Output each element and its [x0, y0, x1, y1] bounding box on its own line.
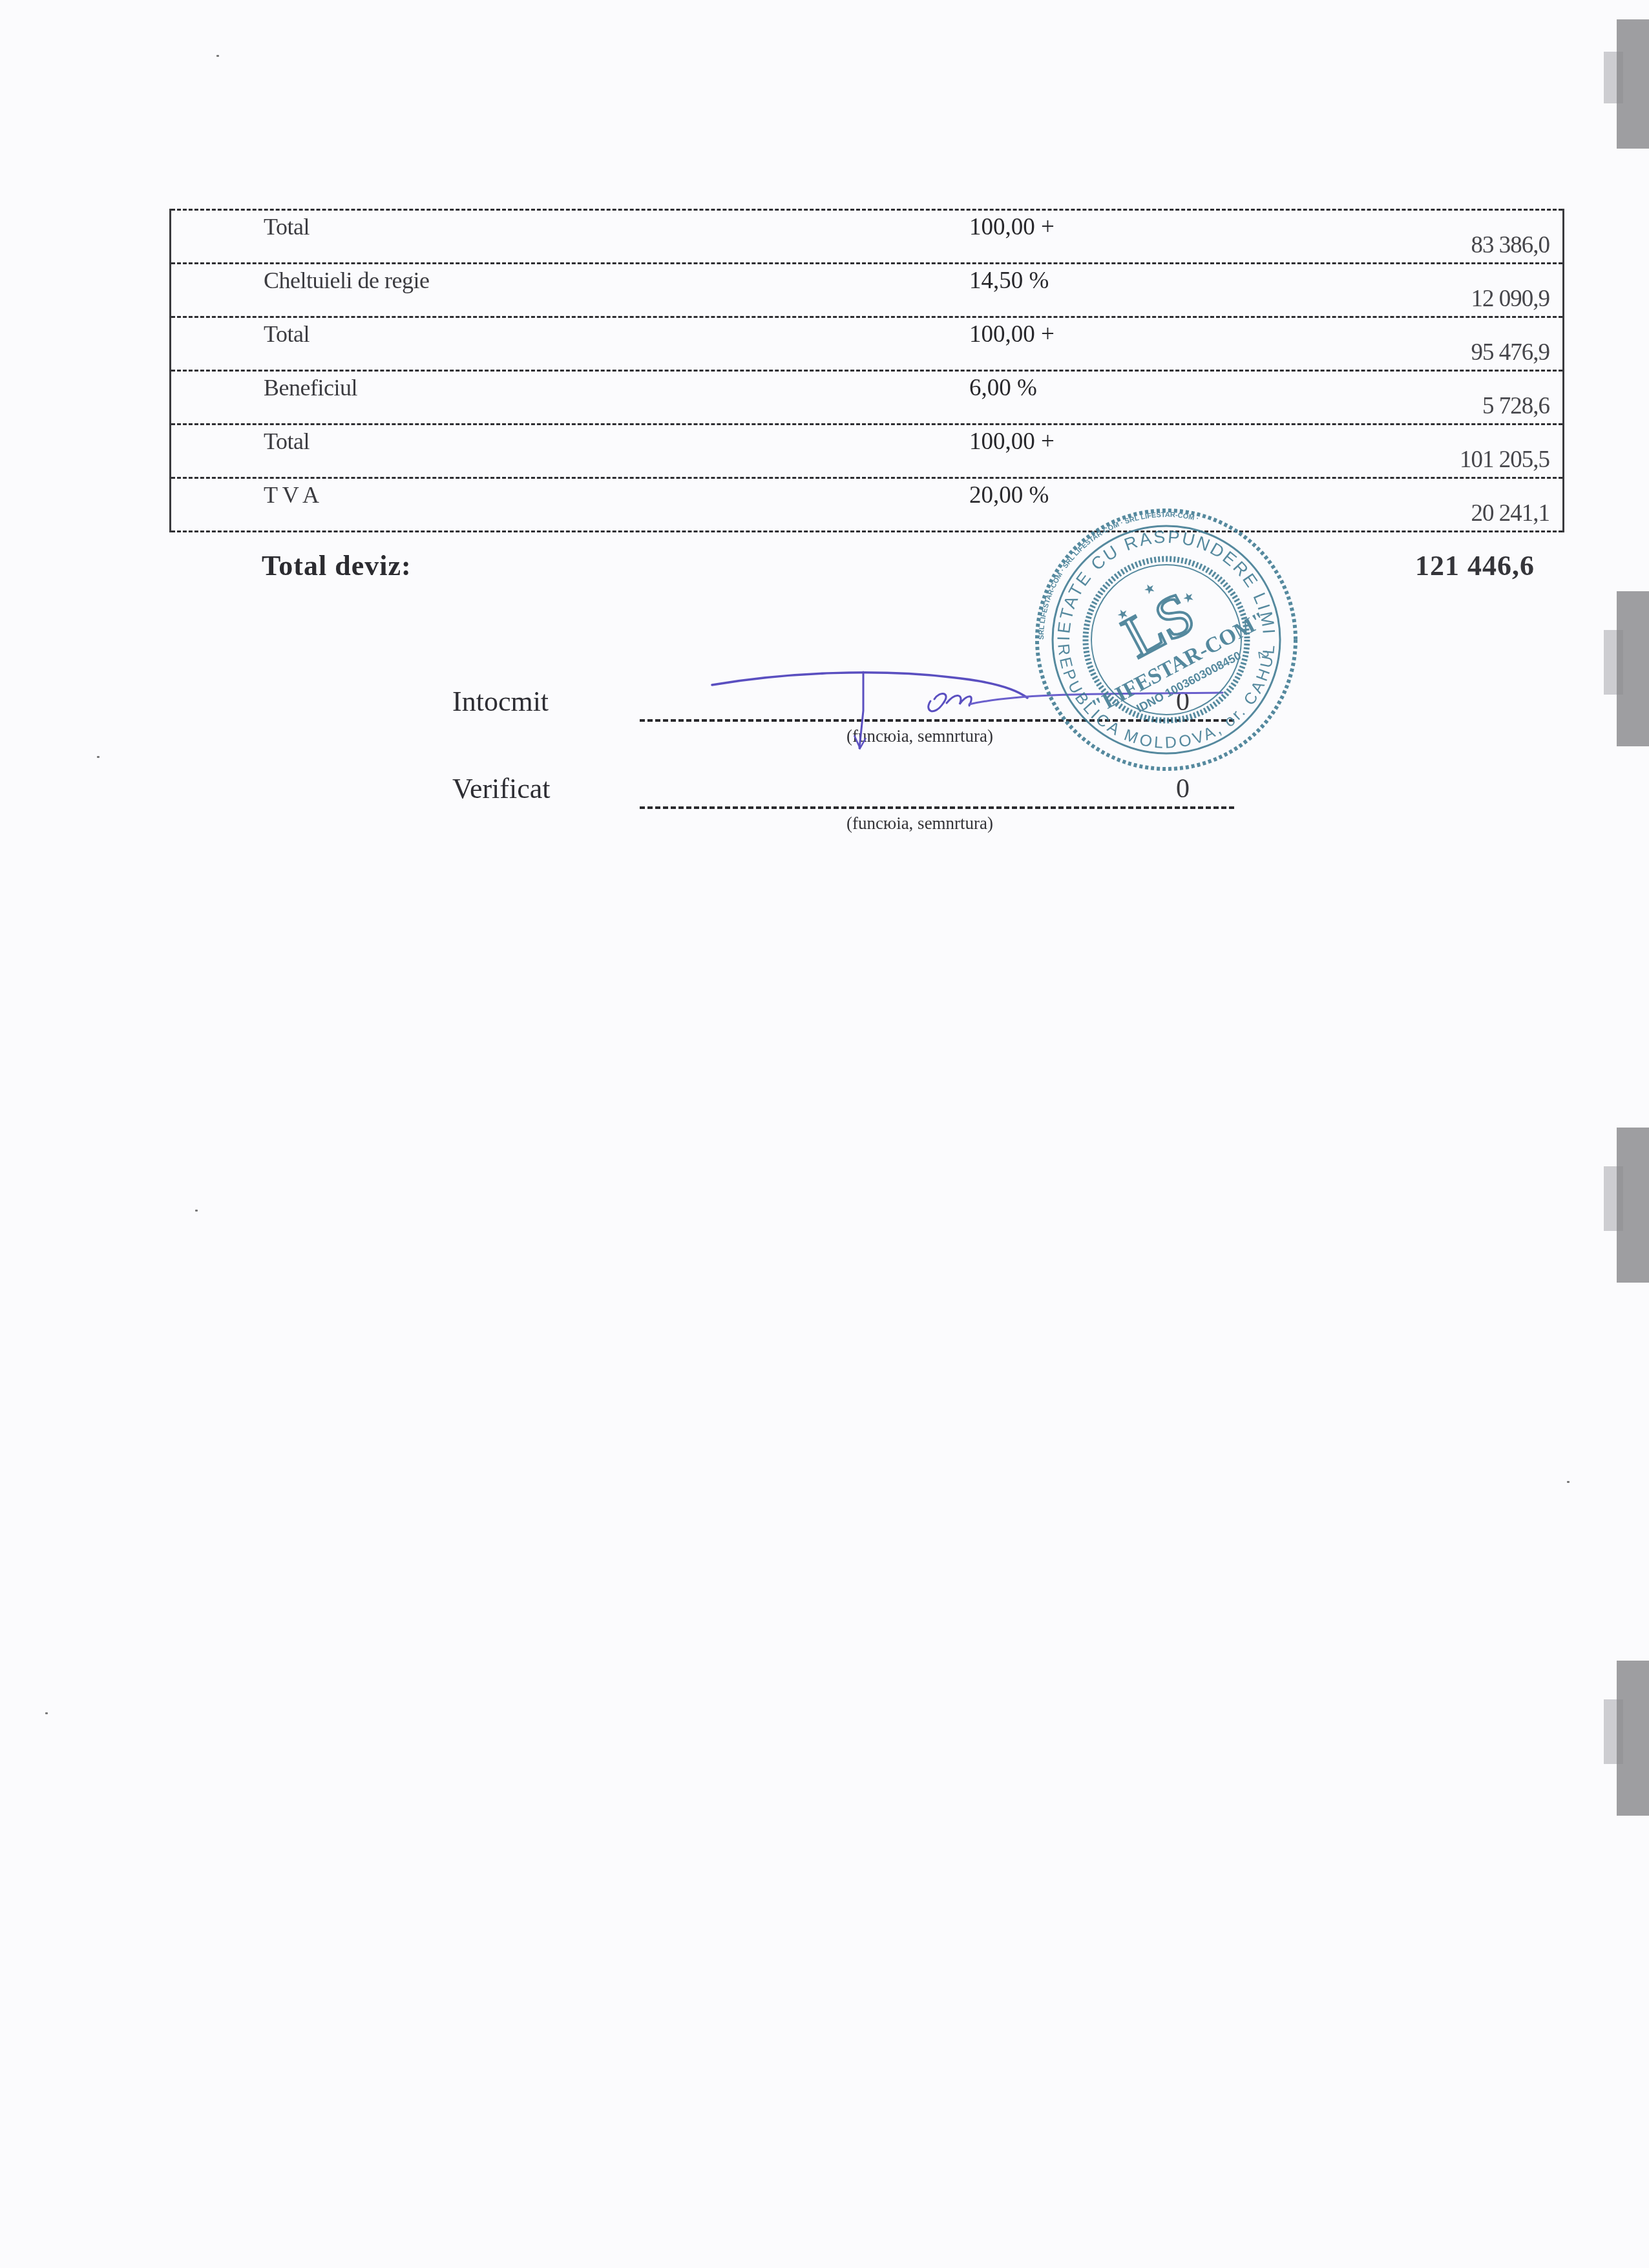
scan-artifact: [1604, 585, 1649, 753]
row-value: 95 476,9: [1471, 339, 1550, 366]
company-stamp: SRL LIFESTAR-COM · SRL LIFESTAR-COM · SR…: [1031, 504, 1302, 775]
table-row: Cheltuieli de regie 14,50 % 12 090,9: [171, 262, 1562, 316]
scan-artifact: [1604, 1654, 1649, 1822]
scan-speck: [97, 756, 100, 758]
row-value: 20 241,1: [1471, 499, 1550, 527]
table-row: Total 100,00 + 83 386,0: [171, 209, 1562, 262]
row-rate: 6,00 %: [969, 374, 1037, 402]
row-rate: 100,00 +: [969, 213, 1055, 241]
table-row: Total 100,00 + 95 476,9: [171, 316, 1562, 370]
scan-speck: [216, 55, 219, 57]
row-rate: 14,50 %: [969, 267, 1049, 295]
row-label: Beneficiul: [264, 374, 357, 401]
signature-line: [640, 806, 1234, 809]
grand-total-row: Total deviz: 121 446,6: [0, 549, 1649, 594]
row-rate: 100,00 +: [969, 428, 1055, 456]
row-value: 12 090,9: [1471, 285, 1550, 313]
grand-total-label: Total deviz:: [262, 549, 412, 582]
table-row: Beneficiul 6,00 % 5 728,6: [171, 370, 1562, 423]
row-label: Total: [264, 320, 310, 348]
row-value: 83 386,0: [1471, 231, 1550, 259]
verified-by-label: Verificat: [452, 772, 550, 805]
scanned-page: Total 100,00 + 83 386,0 Cheltuieli de re…: [0, 0, 1649, 2268]
signature-row-verified: Verificat 0 (funcюia, semnrtura): [0, 772, 1649, 850]
row-label: Total: [264, 213, 310, 240]
scan-artifact: [1604, 1121, 1649, 1289]
scan-speck: [45, 1712, 48, 1714]
scan-speck: [195, 1210, 198, 1212]
table-row: T V A 20,00 % 20 241,1: [171, 477, 1562, 532]
row-value: 5 728,6: [1482, 392, 1549, 420]
table-row: Total 100,00 + 101 205,5: [171, 423, 1562, 477]
row-label: T V A: [264, 481, 319, 509]
signature-caption: (funcюia, semnrtura): [846, 814, 993, 834]
verified-by-value: 0: [1176, 773, 1190, 804]
row-value: 101 205,5: [1460, 446, 1549, 474]
grand-total-value: 121 446,6: [1415, 549, 1535, 582]
scan-artifact: [1604, 6, 1649, 155]
estimate-summary-table: Total 100,00 + 83 386,0 Cheltuieli de re…: [169, 209, 1564, 532]
prepared-by-label: Intocmit: [452, 685, 549, 718]
row-rate: 100,00 +: [969, 320, 1055, 348]
row-label: Total: [264, 428, 310, 455]
row-label: Cheltuieli de regie: [264, 267, 429, 294]
scan-speck: [1567, 1481, 1570, 1483]
